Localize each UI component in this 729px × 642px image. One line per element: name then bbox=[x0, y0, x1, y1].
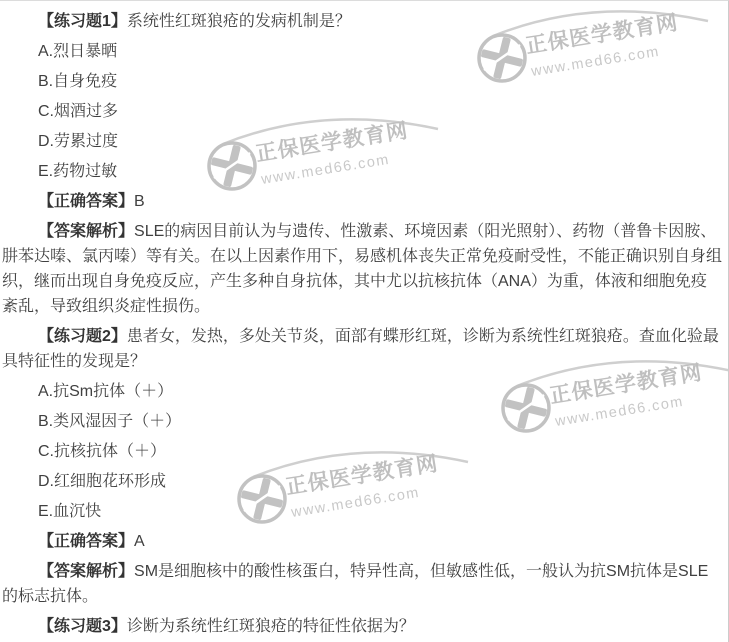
correct-answer-1: 【正确答案】B bbox=[2, 189, 722, 214]
option-1d-text: D.劳累过度 bbox=[38, 133, 118, 150]
correct-answer-2: 【正确答案】A bbox=[2, 529, 722, 554]
option-1a-text: A.烈日暴晒 bbox=[38, 43, 117, 60]
option-1e: E.药物过敏 bbox=[2, 159, 722, 184]
option-2a: A.抗Sm抗体（＋） bbox=[2, 379, 722, 404]
option-2e-text: E.血沉快 bbox=[38, 503, 101, 520]
option-2b: B.类风湿因子（＋） bbox=[2, 409, 722, 434]
option-2a-text: A.抗Sm抗体（＋） bbox=[38, 383, 173, 400]
option-2b-text: B.类风湿因子（＋） bbox=[38, 413, 181, 430]
option-2d: D.红细胞花环形成 bbox=[2, 469, 722, 494]
answer-analysis-2-label: 【答案解析】 bbox=[38, 563, 134, 580]
option-2e: E.血沉快 bbox=[2, 499, 722, 524]
option-1b: B.自身免疫 bbox=[2, 69, 722, 94]
correct-answer-1-label: 【正确答案】 bbox=[38, 193, 134, 210]
option-1b-text: B.自身免疫 bbox=[38, 73, 117, 90]
option-2d-text: D.红细胞花环形成 bbox=[38, 473, 166, 490]
answer-analysis-1-label: 【答案解析】 bbox=[38, 223, 134, 240]
answer-analysis-1: 【答案解析】SLE的病因目前认为与遗传、性激素、环境因素（阳光照射）、药物（普鲁… bbox=[2, 219, 722, 319]
option-1c: C.烟酒过多 bbox=[2, 99, 722, 124]
correct-answer-1-value: B bbox=[134, 193, 145, 210]
question-1: 【练习题1】系统性红斑狼疮的发病机制是？ bbox=[2, 9, 722, 34]
correct-answer-2-value: A bbox=[134, 533, 145, 550]
question-1-label: 【练习题1】 bbox=[38, 13, 127, 30]
question-3-text: 诊断为系统性红斑狼疮的特征性依据为？ bbox=[127, 618, 415, 635]
question-3: 【练习题3】诊断为系统性红斑狼疮的特征性依据为？ bbox=[2, 614, 722, 639]
question-3-label: 【练习题3】 bbox=[38, 618, 127, 635]
question-2-label: 【练习题2】 bbox=[38, 328, 127, 345]
option-1e-text: E.药物过敏 bbox=[38, 163, 117, 180]
document-content: 【练习题1】系统性红斑狼疮的发病机制是？ A.烈日暴晒 B.自身免疫 C.烟酒过… bbox=[0, 1, 728, 639]
option-1d: D.劳累过度 bbox=[2, 129, 722, 154]
option-2c: C.抗核抗体（＋） bbox=[2, 439, 722, 464]
document-page: 正保医学教育网 www.med66.com 【练习题1】系统性红斑狼疮的发病机制… bbox=[0, 0, 729, 642]
option-2c-text: C.抗核抗体（＋） bbox=[38, 443, 166, 460]
option-1a: A.烈日暴晒 bbox=[2, 39, 722, 64]
correct-answer-2-label: 【正确答案】 bbox=[38, 533, 134, 550]
option-1c-text: C.烟酒过多 bbox=[38, 103, 118, 120]
answer-analysis-2: 【答案解析】SM是细胞核中的酸性核蛋白，特异性高，但敏感性低，一般认为抗SM抗体… bbox=[2, 559, 722, 609]
question-2: 【练习题2】患者女，发热，多处关节炎，面部有蝶形红斑，诊断为系统性红斑狼疮。查血… bbox=[2, 324, 722, 374]
question-1-text: 系统性红斑狼疮的发病机制是？ bbox=[127, 13, 351, 30]
